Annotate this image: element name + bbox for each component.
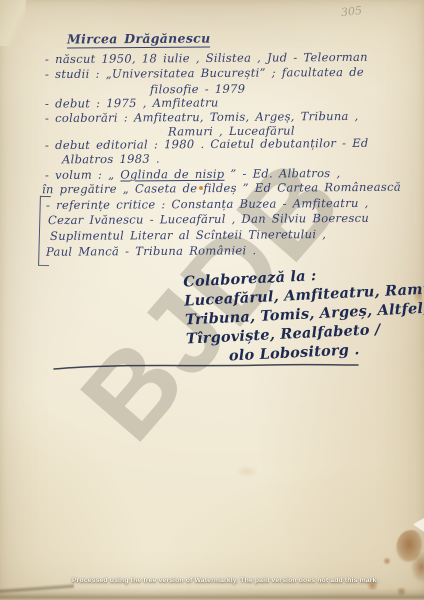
volume-label: - volum : „: [45, 168, 120, 183]
note-line-studies: - studii : „Universitatea București” ; f…: [45, 65, 364, 81]
volume-publisher: ” - Ed. Albatros ,: [224, 166, 340, 181]
note-line-supplement: Suplimentul Literar al Scînteii Tineretu…: [50, 227, 326, 243]
stain-right-edge: [411, 552, 424, 582]
note-line-paul-manca: Paul Mancă - Tribuna României .: [46, 243, 256, 258]
note-line-editorial-debut: - debut editorial : 1980 . Caietul debut…: [45, 136, 369, 152]
note-line-albatros: Albatros 1983 .: [62, 152, 160, 167]
scanned-paper-page: BJDB 305 Mircea Drăgănescu - născut 1950…: [0, 0, 424, 600]
note-line-philosophy: filosofie - 1979: [150, 82, 245, 97]
top-left-corner-fold: [0, 0, 26, 46]
pencil-number-note: 305: [340, 4, 362, 19]
hand-drawn-separator-line: [48, 358, 364, 374]
torn-edge-notch: [413, 518, 424, 532]
note-line-debut: - debut : 1975 , Amfiteatru: [45, 95, 219, 110]
faint-stain-center: [236, 466, 258, 477]
margin-bracket: [38, 196, 51, 266]
note-line-born: - născut 1950, 18 iulie , Silistea , Jud…: [45, 50, 368, 66]
note-line-critical-refs: - referințe critice : Constanța Buzea - …: [46, 196, 369, 212]
note-line-critics-2: Cezar Ivănescu - Luceafărul , Dan Silviu…: [48, 211, 369, 227]
cursive-note-block: Colaborează la : Luceafărul, Amfiteatru,…: [183, 260, 424, 368]
watermarkly-footer-text: Processed using the free version of Wate…: [72, 577, 378, 584]
note-line-in-preparation: în pregătire „ Caseta de fildeș ” Ed Car…: [42, 180, 401, 197]
note-line-collaborations: - colaborări : Amfiteatru, Tomis, Argeș,…: [45, 109, 359, 125]
stain-blotch-bottom-right: [396, 530, 422, 562]
book-title-underlined: Oglinda de nisip: [120, 167, 224, 182]
document-title: Mircea Drăgănescu: [67, 30, 211, 48]
stain-dot-1: [383, 557, 391, 565]
page-bottom-edge-shadow: [0, 588, 424, 600]
